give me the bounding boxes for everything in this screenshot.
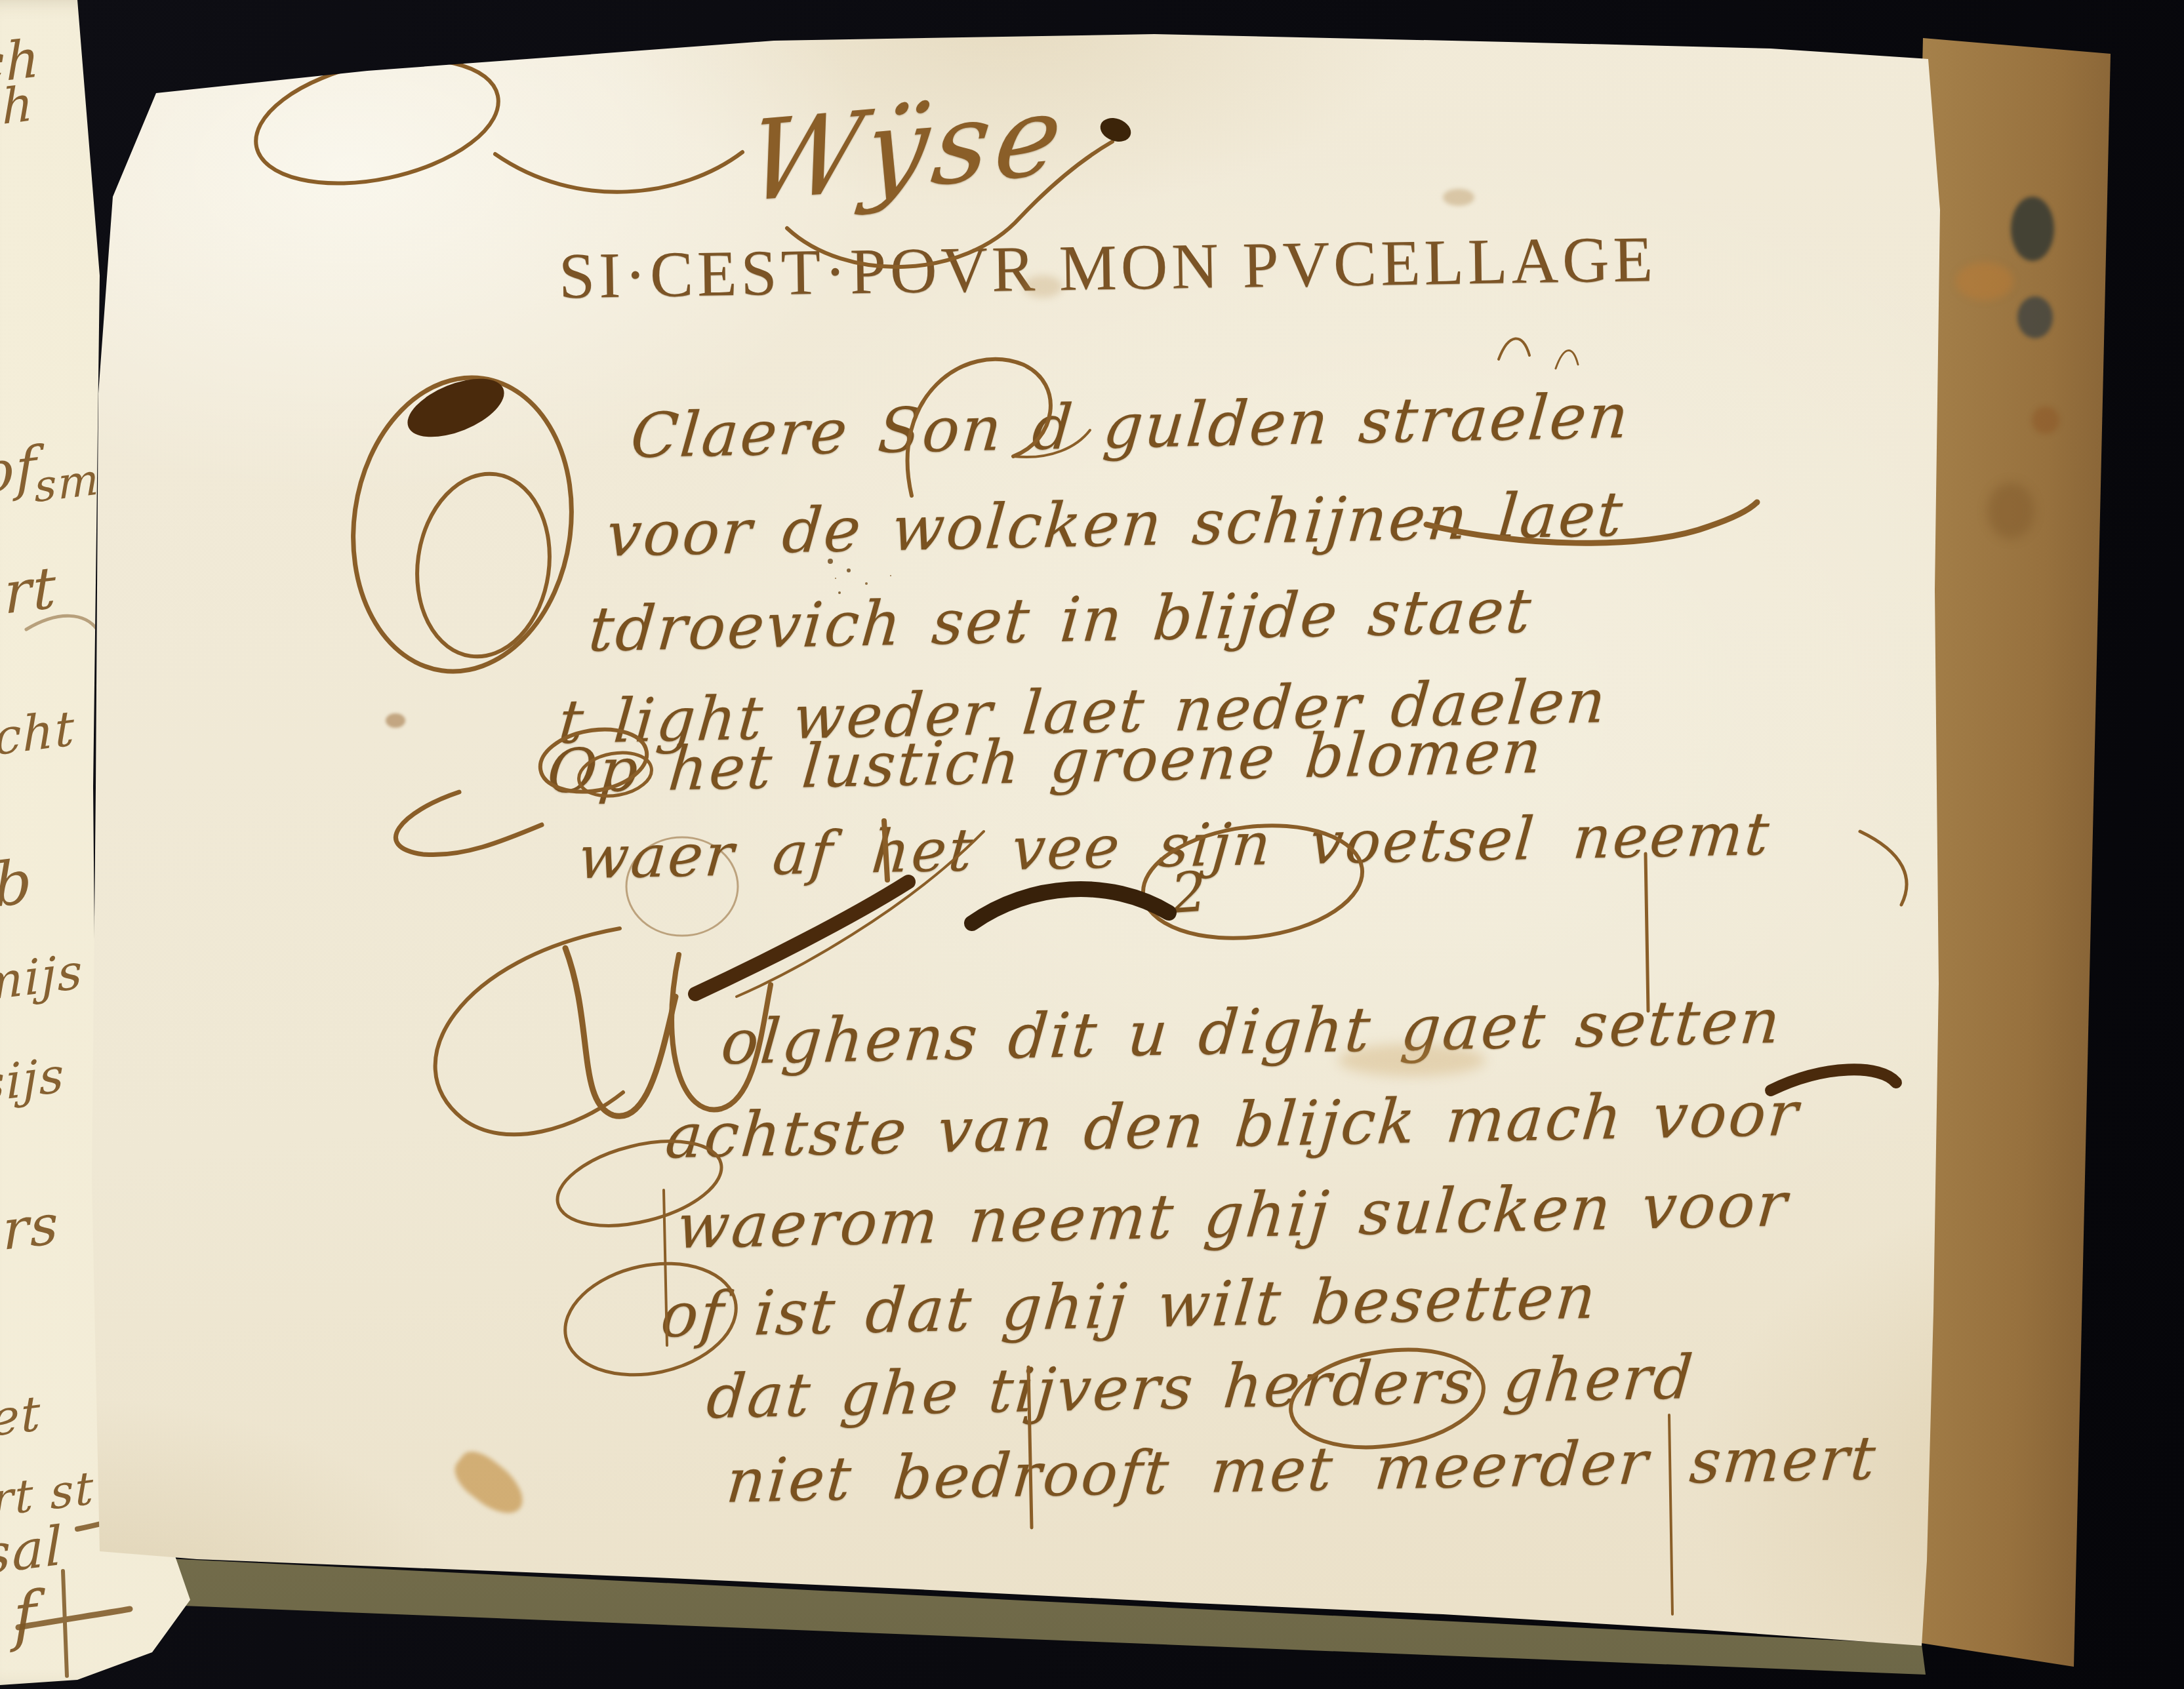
verse-line: voor de wolcken schijnen laet bbox=[604, 479, 1627, 570]
verse-line: Claere Son d gulden straelen bbox=[628, 381, 1633, 473]
vellum-stain bbox=[1987, 483, 2034, 539]
margin-text-fragment: ich bbox=[0, 75, 35, 142]
vellum-stain bbox=[2011, 197, 2054, 261]
margin-text-fragment: t sijs bbox=[0, 1046, 66, 1118]
song-title: SI·CEST·POVR MON PVCELLAGE bbox=[558, 222, 1657, 313]
margin-text-fragment: edacht bbox=[0, 700, 76, 778]
verse-number-badge: 2 bbox=[1169, 859, 1211, 926]
ink-stain bbox=[1023, 275, 1062, 298]
verse-line: olghens dit u dight gaet setten bbox=[719, 986, 1785, 1079]
margin-text-fragment: b bbox=[0, 846, 34, 921]
margin-text-fragment: t mijs bbox=[0, 943, 84, 1017]
margin-text-fragment: sal bbox=[0, 1515, 64, 1587]
ink-spatter bbox=[828, 559, 833, 564]
manuscript-page: Wÿse SI·CEST·POVR MON PVCELLAGE Claere S… bbox=[0, 0, 2184, 1689]
margin-text-fragment: aet bbox=[0, 1385, 42, 1452]
ink-stain bbox=[386, 713, 405, 728]
ink-stain bbox=[447, 1444, 533, 1524]
margin-text-fragment: ert bbox=[0, 553, 58, 631]
verse-line: tdroevich set in blijde staet bbox=[586, 575, 1536, 666]
verse-line: waerom neemt ghij sulcken voor bbox=[674, 1169, 1792, 1263]
verse-line: dat ghe tijvers herders gherd bbox=[704, 1342, 1697, 1432]
verse-line: niet bedrooft met meerder smert bbox=[724, 1423, 1880, 1516]
tune-word: Wÿse bbox=[742, 69, 1075, 227]
vellum-stain bbox=[2032, 407, 2059, 434]
vellum-stain bbox=[1956, 262, 2013, 300]
verse-line: achtste van den blijck mach voor bbox=[663, 1079, 1803, 1173]
vellum-stain bbox=[2017, 296, 2053, 338]
ink-stain bbox=[1338, 1044, 1486, 1077]
manuscript-photo: ch ich of smet ert edacht b t mijs t sij… bbox=[0, 0, 2184, 1689]
verse-line: of ist dat ghij wilt besetten bbox=[658, 1262, 1601, 1352]
ink-stain bbox=[1443, 189, 1474, 206]
margin-text-fragment: f bbox=[12, 1577, 38, 1654]
margin-text-fragment: drs bbox=[0, 1191, 60, 1267]
margin-text-fragment: of bbox=[0, 434, 38, 507]
